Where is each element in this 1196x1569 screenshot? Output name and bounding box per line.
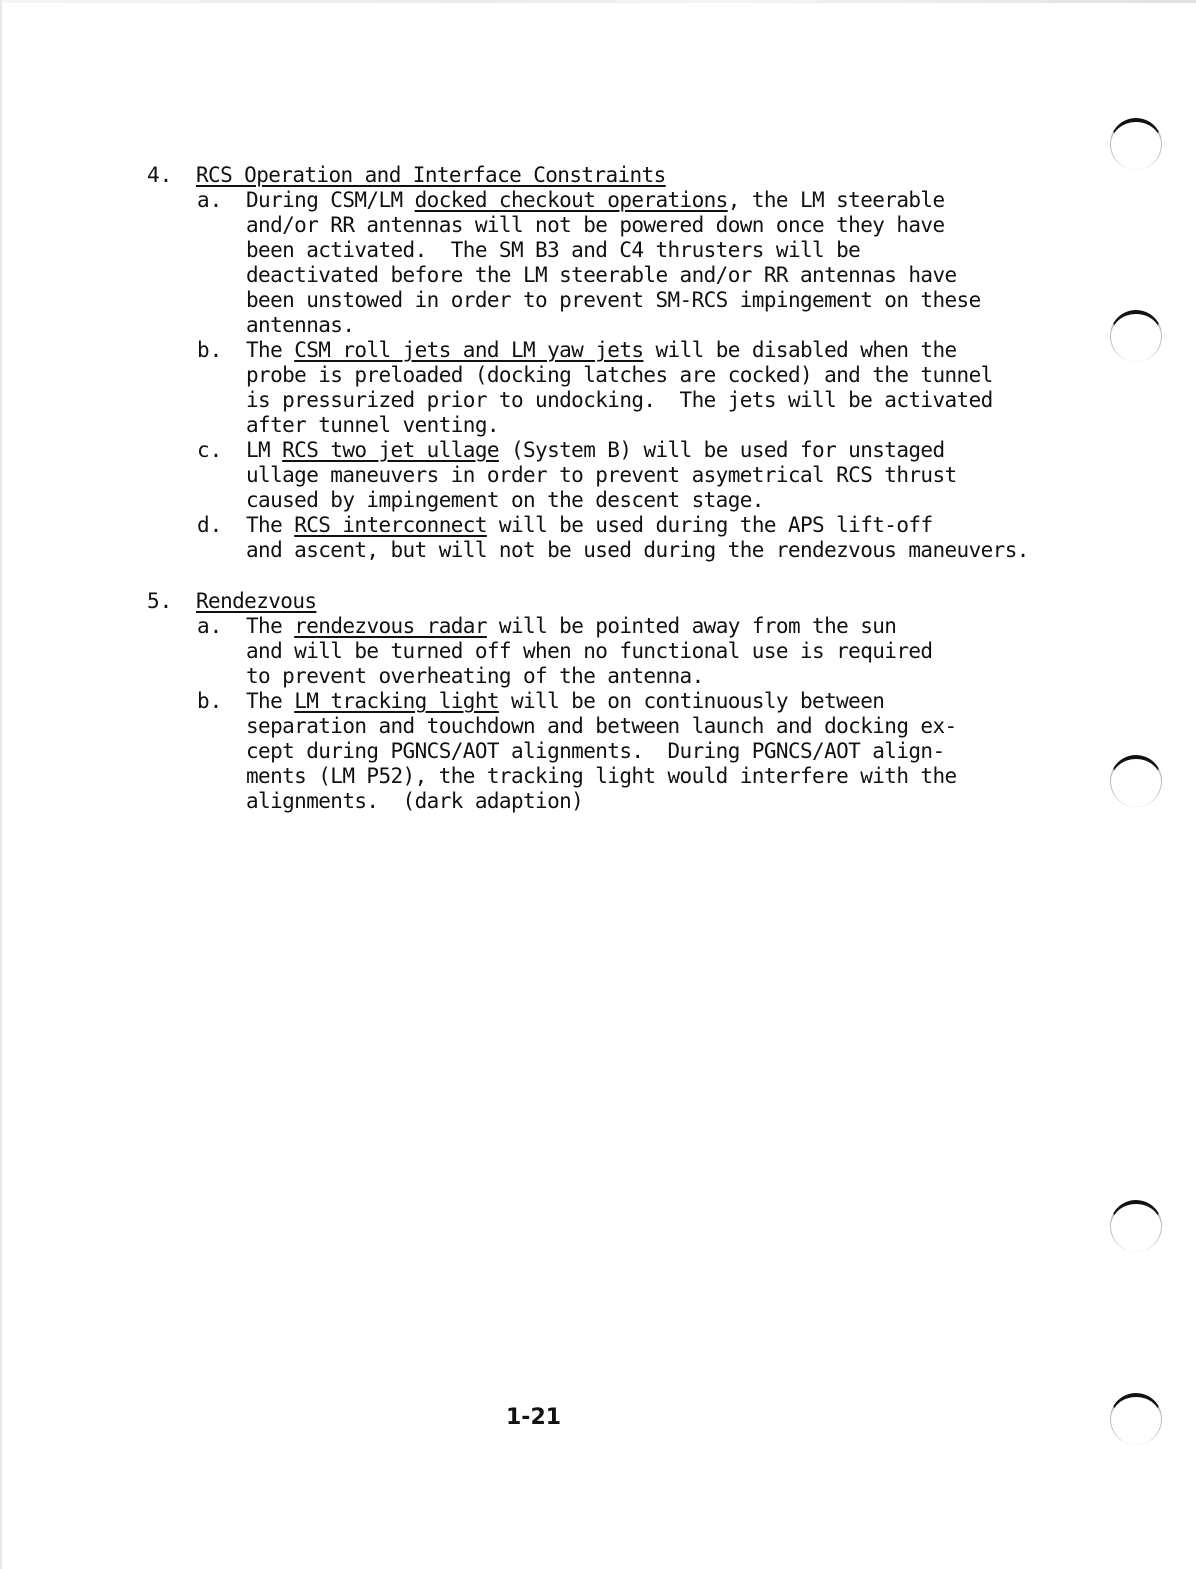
item-letter: b. xyxy=(197,338,222,363)
item-letter: b. xyxy=(197,689,222,714)
text-line: ullage maneuvers in order to prevent asy… xyxy=(246,463,957,488)
text-line: and ascent, but will not be used during … xyxy=(246,538,1029,563)
underlined-term: RCS two jet ullage xyxy=(282,438,499,462)
item-letter: a. xyxy=(197,614,222,639)
binder-hole-icon xyxy=(1110,1393,1162,1445)
text-line: probe is preloaded (docking latches are … xyxy=(246,363,993,388)
text-line: is pressurized prior to undocking. The j… xyxy=(246,388,993,413)
item-letter: c. xyxy=(197,438,222,463)
section-title: Rendezvous xyxy=(196,589,316,614)
text-line: During CSM/LM docked checkout operations… xyxy=(246,188,945,213)
scan-edge xyxy=(0,0,1196,3)
underlined-term: docked checkout operations xyxy=(415,188,728,212)
text-line: cept during PGNCS/AOT alignments. During… xyxy=(246,739,945,764)
binder-hole-icon xyxy=(1110,755,1162,807)
section-title: RCS Operation and Interface Constraints xyxy=(196,163,666,188)
underlined-term: CSM roll jets and LM yaw jets xyxy=(294,338,643,362)
section-number: 5. xyxy=(147,589,172,614)
text-line: after tunnel venting. xyxy=(246,413,499,438)
section-number: 4. xyxy=(147,163,172,188)
text-line: been unstowed in order to prevent SM-RCS… xyxy=(246,288,981,313)
text-line: The RCS interconnect will be used during… xyxy=(246,513,933,538)
text-line: ments (LM P52), the tracking light would… xyxy=(246,764,957,789)
text-line: antennas. xyxy=(246,313,354,338)
text-line: been activated. The SM B3 and C4 thruste… xyxy=(246,238,860,263)
text-line: The rendezvous radar will be pointed awa… xyxy=(246,614,896,639)
scan-edge-left xyxy=(0,0,2,1569)
text-line: to prevent overheating of the antenna. xyxy=(246,664,704,689)
text-line: alignments. (dark adaption) xyxy=(246,789,583,814)
text-line: The CSM roll jets and LM yaw jets will b… xyxy=(246,338,957,363)
page-number: 1-21 xyxy=(506,1405,561,1430)
underlined-term: LM tracking light xyxy=(294,689,499,713)
text-line: and will be turned off when no functiona… xyxy=(246,639,932,664)
text-line: and/or RR antennas will not be powered d… xyxy=(246,213,945,238)
underlined-term: rendezvous radar xyxy=(294,614,487,638)
text-line: separation and touchdown and between lau… xyxy=(246,714,957,739)
underlined-term: RCS interconnect xyxy=(294,513,487,537)
item-letter: d. xyxy=(197,513,222,538)
binder-hole-icon xyxy=(1110,118,1162,170)
text-line: deactivated before the LM steerable and/… xyxy=(246,263,957,288)
text-line: caused by impingement on the descent sta… xyxy=(246,488,764,513)
binder-hole-icon xyxy=(1110,310,1162,362)
binder-hole-icon xyxy=(1110,1200,1162,1252)
document-page: 4.RCS Operation and Interface Constraint… xyxy=(0,0,1196,1569)
item-letter: a. xyxy=(197,188,222,213)
text-line: The LM tracking light will be on continu… xyxy=(246,689,884,714)
text-line: LM RCS two jet ullage (System B) will be… xyxy=(246,438,945,463)
